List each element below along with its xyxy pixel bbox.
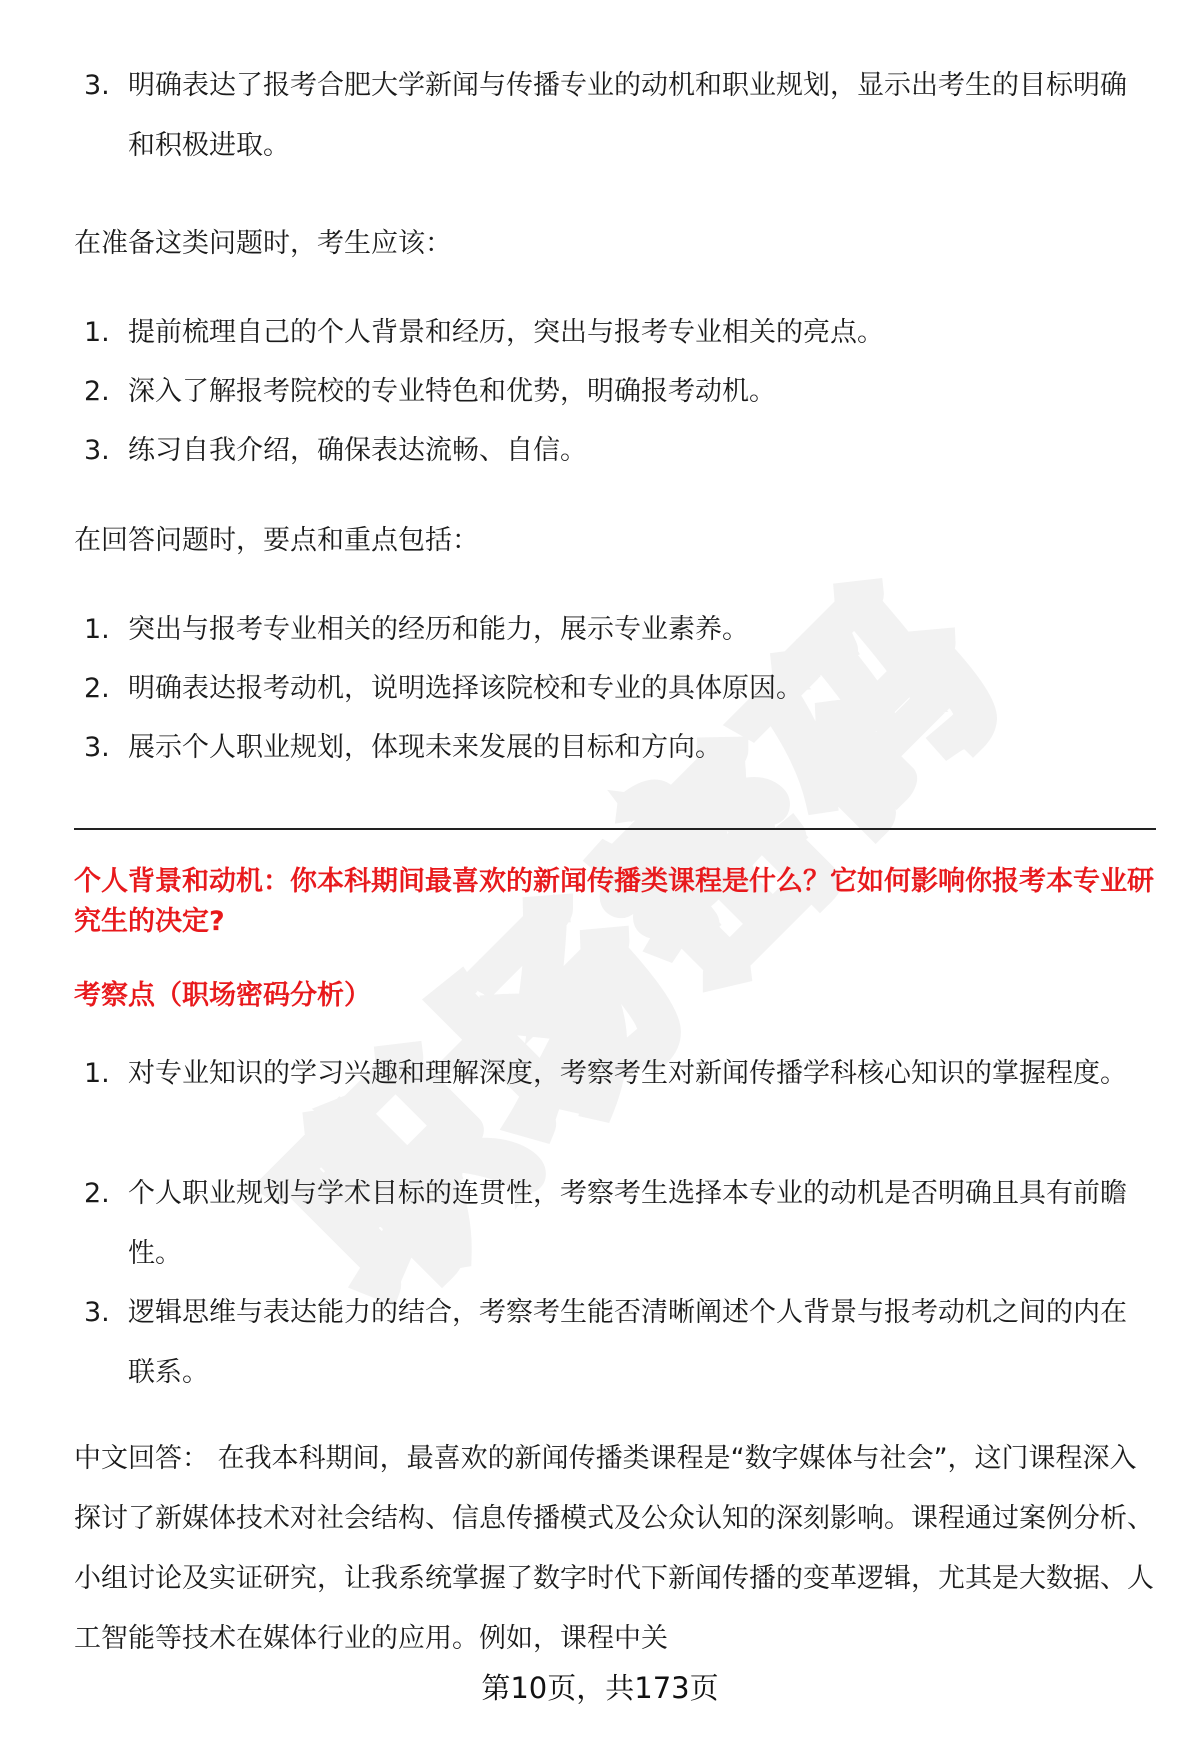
list-item-number: 3. <box>84 1283 124 1343</box>
list-item: 3. 练习自我介绍，确保表达流畅、自信。 <box>84 421 1144 481</box>
list-item: 3. 展示个人职业规划，体现未来发展的目标和方向。 <box>84 718 1144 778</box>
list-item-number: 2. <box>84 1164 124 1224</box>
page-indicator: 第10页，共173页 <box>0 1668 1200 1708</box>
list-item: 1. 对专业知识的学习兴趣和理解深度，考察考生对新闻传播学科核心知识的掌握程度。 <box>84 1044 1144 1104</box>
list-item-text: 明确表达报考动机，说明选择该院校和专业的具体原因。 <box>128 659 1144 719</box>
list-item-text: 提前梳理自己的个人背景和经历，突出与报考专业相关的亮点。 <box>128 303 1144 363</box>
list-item-text: 深入了解报考院校的专业特色和优势，明确报考动机。 <box>128 362 1144 422</box>
list-item-text: 练习自我介绍，确保表达流畅、自信。 <box>128 421 1144 481</box>
list-item-number: 1. <box>84 303 124 363</box>
list-item-number: 3. <box>84 421 124 481</box>
list-item-number: 2. <box>84 659 124 719</box>
question-title: 个人背景和动机：你本科期间最喜欢的新闻传播类课程是什么？它如何影响你报考本专业研… <box>74 862 1156 942</box>
list-item-text: 展示个人职业规划，体现未来发展的目标和方向。 <box>128 718 1144 778</box>
assessment-points-heading: 考察点（职场密码分析） <box>74 976 1156 1016</box>
list-item: 3. 明确表达了报考合肥大学新闻与传播专业的动机和职业规划，显示出考生的目标明确… <box>84 56 1144 176</box>
list-item-number: 1. <box>84 600 124 660</box>
list-item-text: 明确表达了报考合肥大学新闻与传播专业的动机和职业规划，显示出考生的目标明确和积极… <box>128 56 1144 176</box>
list-item-text: 逻辑思维与表达能力的结合，考察考生能否清晰阐述个人背景与报考动机之间的内在联系。 <box>128 1283 1144 1403</box>
list-item-text: 个人职业规划与学术目标的连贯性，考察考生选择本专业的动机是否明确且具有前瞻性。 <box>128 1164 1144 1284</box>
list-item: 1. 突出与报考专业相关的经历和能力，展示专业素养。 <box>84 600 1144 660</box>
list-item-text: 对专业知识的学习兴趣和理解深度，考察考生对新闻传播学科核心知识的掌握程度。 <box>128 1044 1144 1104</box>
list-item: 2. 明确表达报考动机，说明选择该院校和专业的具体原因。 <box>84 659 1144 719</box>
section-divider <box>74 828 1156 830</box>
list-item-number: 3. <box>84 718 124 778</box>
list-item: 2. 深入了解报考院校的专业特色和优势，明确报考动机。 <box>84 362 1144 422</box>
list-item-text: 突出与报考专业相关的经历和能力，展示专业素养。 <box>128 600 1144 660</box>
answer-intro-paragraph: 在回答问题时，要点和重点包括： <box>74 511 1156 571</box>
list-item: 2. 个人职业规划与学术目标的连贯性，考察考生选择本专业的动机是否明确且具有前瞻… <box>84 1164 1144 1284</box>
list-item: 3. 逻辑思维与表达能力的结合，考察考生能否清晰阐述个人背景与报考动机之间的内在… <box>84 1283 1144 1403</box>
list-item-number: 2. <box>84 362 124 422</box>
chinese-answer-paragraph: 中文回答： 在我本科期间，最喜欢的新闻传播类课程是“数字媒体与社会”，这门课程深… <box>74 1429 1156 1669</box>
list-item-number: 3. <box>84 56 124 116</box>
prepare-intro-paragraph: 在准备这类问题时，考生应该： <box>74 214 1156 274</box>
list-item: 1. 提前梳理自己的个人背景和经历，突出与报考专业相关的亮点。 <box>84 303 1144 363</box>
list-item-number: 1. <box>84 1044 124 1104</box>
